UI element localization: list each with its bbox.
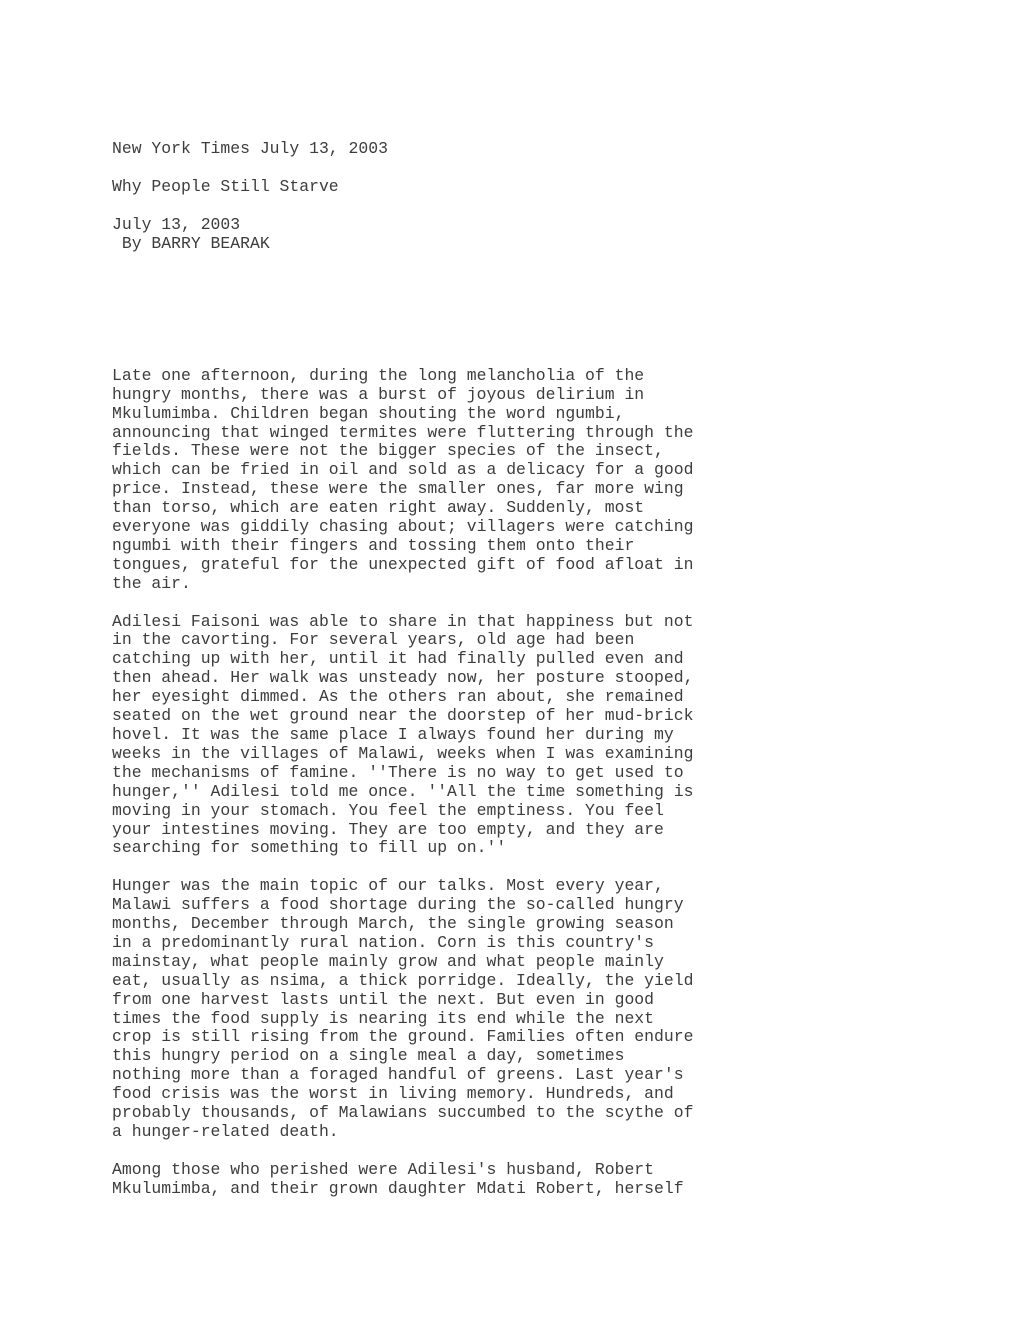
body-paragraph-3: Hunger was the main topic of our talks. … [112,877,693,1142]
body-paragraph-2: Adilesi Faisoni was able to share in tha… [112,613,693,859]
body-paragraph-4: Among those who perished were Adilesi's … [112,1161,693,1199]
body-paragraph-1: Late one afternoon, during the long mela… [112,367,693,594]
byline: By BARRY BEARAK [112,235,693,254]
publication-line: New York Times July 13, 2003 [112,140,693,159]
article-text-column: New York Times July 13, 2003 Why People … [112,140,693,1199]
date-line: July 13, 2003 [112,216,693,235]
article-title: Why People Still Starve [112,178,693,197]
document-page: New York Times July 13, 2003 Why People … [0,0,1020,1320]
